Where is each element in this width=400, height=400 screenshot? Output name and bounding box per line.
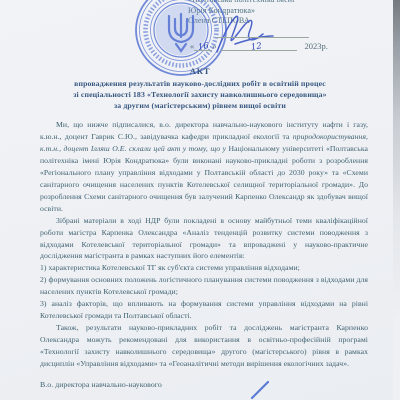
paragraph-segment: Зібрані матеріали в ході НДР були поклад… (40, 216, 368, 261)
paragraph: Зібрані матеріали в ході НДР були поклад… (40, 215, 368, 263)
document-body: Ми, що нижче підписалися, в.о. директора… (40, 119, 368, 370)
document-title: АКТ впровадження результатів науково-дос… (20, 66, 380, 111)
year-label: 2023р. (305, 41, 328, 51)
paragraph-segment: 1) характеристика Котелевської ТГ як суб… (40, 263, 300, 272)
title-akt: АКТ (20, 66, 380, 76)
paragraph-segment: 3) аналіз факторів, що впливають на форм… (40, 299, 368, 320)
signatory-title: В.о. директора навчально-наукового (40, 380, 162, 389)
paragraph-segment: Національному університеті «Полтавська п… (40, 144, 368, 213)
scan-edge-shadow (393, 0, 400, 400)
signature-line (217, 37, 309, 38)
title-line3: зі спеціальності 183 «Технології захисту… (20, 90, 380, 101)
day-blank: 16 (194, 50, 212, 51)
handwritten-month: 12 (250, 41, 262, 53)
paragraph: 3) аналіз факторів, що впливають на форм… (40, 298, 368, 322)
paragraph-segment: Також, результати науково-прикладних роб… (40, 323, 368, 368)
close-quote: » (212, 41, 216, 51)
paragraph: Також, результати науково-прикладних роб… (40, 322, 368, 370)
title-line4: за другим (магістерським) рівнем вищої о… (20, 101, 380, 112)
paragraph-segment: 2) формування основних положень логістич… (40, 275, 368, 296)
paragraph: 2) формування основних положень логістич… (40, 274, 368, 298)
paragraph: Ми, що нижче підписалися, в.о. директора… (40, 119, 368, 215)
partial-signature-stroke (246, 378, 276, 400)
handwritten-day: 16 (198, 41, 210, 53)
paragraph: 1) характеристика Котелевської ТГ як суб… (40, 262, 368, 274)
scanned-document-page: «Полтавська політехніка імені Юрія Кондр… (0, 0, 400, 400)
month-blank: 12 (221, 50, 297, 51)
title-line2: впровадження результатів науково-дослідн… (20, 79, 380, 90)
date-row: « 16 » 12 2023р. (190, 41, 370, 51)
